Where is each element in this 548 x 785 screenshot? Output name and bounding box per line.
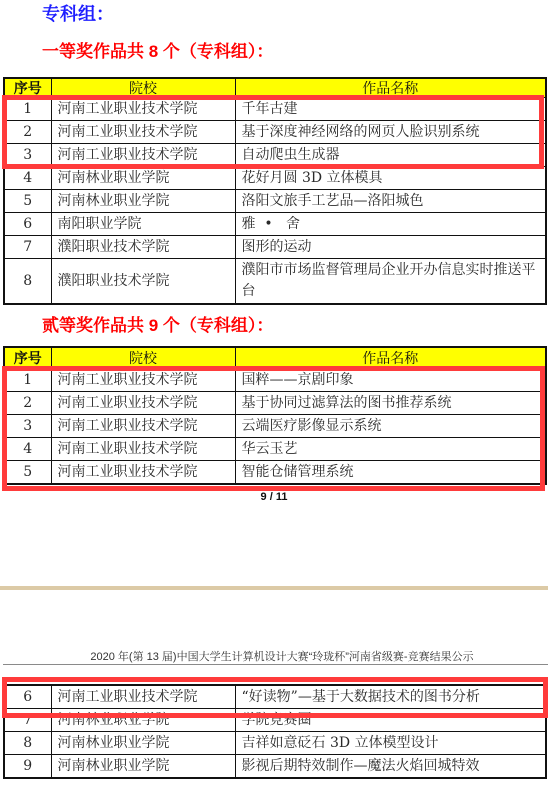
row-school: 河南工业职业技术学院	[51, 98, 235, 121]
row-number: 1	[4, 98, 51, 121]
row-number: 4	[4, 167, 51, 190]
row-number: 2	[4, 121, 51, 144]
page-header: 2020 年(第 13 届)中国大学生计算机设计大赛“玲珑杯”河南省级赛-竞赛结…	[0, 648, 548, 664]
row-work: 智能仓储管理系统	[235, 461, 546, 485]
row-school: 河南林业职业学院	[51, 755, 235, 779]
row-work: 图形的运动	[235, 236, 546, 259]
row-school: 河南工业职业技术学院	[51, 438, 235, 461]
group-title: 专科组：	[42, 3, 114, 25]
row-work: 基于深度神经网络的网页人脸识别系统	[235, 121, 546, 144]
table-row: 7 河南林业职业学院 学院竞赛圈	[4, 709, 546, 732]
row-school: 南阳职业学院	[51, 213, 235, 236]
table-row: 7 濮阳职业技术学院 图形的运动	[4, 236, 546, 259]
second-prize-table: 序号 院校 作品名称 1 河南工业职业技术学院 国粹——京剧印象 2 河南工业职…	[3, 346, 547, 485]
table-row: 8 河南林业职业学院 吉祥如意砭石 3D 立体模型设计	[4, 732, 546, 755]
row-school: 河南工业职业技术学院	[51, 685, 235, 709]
row-work: 吉祥如意砭石 3D 立体模型设计	[235, 732, 546, 755]
row-number: 1	[4, 369, 51, 392]
column-header-work: 作品名称	[235, 78, 546, 98]
column-header-number: 序号	[4, 78, 51, 98]
row-work: 基于协同过滤算法的图书推荐系统	[235, 392, 546, 415]
table-row: 8 濮阳职业技术学院 濮阳市市场监督管理局企业开办信息实时推送平台	[4, 259, 546, 305]
row-number: 5	[4, 461, 51, 485]
row-school: 河南林业职业学院	[51, 732, 235, 755]
table-row: 2 河南工业职业技术学院 基于协同过滤算法的图书推荐系统	[4, 392, 546, 415]
row-number: 3	[4, 144, 51, 167]
table-row: 6 南阳职业学院 雅 • 舍	[4, 213, 546, 236]
column-header-school: 院校	[51, 78, 235, 98]
row-work: 洛阳文旅手工艺品—洛阳城色	[235, 190, 546, 213]
row-number: 2	[4, 392, 51, 415]
table-row: 6 河南工业职业技术学院 “好读物”—基于大数据技术的图书分析	[4, 685, 546, 709]
row-work: 云端医疗影像显示系统	[235, 415, 546, 438]
row-school: 河南林业职业学院	[51, 167, 235, 190]
row-number: 8	[4, 732, 51, 755]
second-prize-table-continued: 6 河南工业职业技术学院 “好读物”—基于大数据技术的图书分析 7 河南林业职业…	[3, 684, 547, 779]
table-row: 5 河南林业职业学院 洛阳文旅手工艺品—洛阳城色	[4, 190, 546, 213]
row-school: 河南工业职业技术学院	[51, 369, 235, 392]
table-row: 1 河南工业职业技术学院 国粹——京剧印象	[4, 369, 546, 392]
row-work: 千年古建	[235, 98, 546, 121]
table-header-row: 序号 院校 作品名称	[4, 347, 546, 369]
column-header-school: 院校	[51, 347, 235, 369]
row-school: 河南林业职业学院	[51, 709, 235, 732]
first-prize-heading: 一等奖作品共 8 个（专科组）：	[42, 41, 273, 63]
page-number: 9 / 11	[0, 491, 548, 503]
row-work: 花好月圆 3D 立体模具	[235, 167, 546, 190]
table-row: 2 河南工业职业技术学院 基于深度神经网络的网页人脸识别系统	[4, 121, 546, 144]
row-school: 濮阳职业技术学院	[51, 259, 235, 305]
row-work: 华云玉艺	[235, 438, 546, 461]
column-header-work: 作品名称	[235, 347, 546, 369]
row-number: 4	[4, 438, 51, 461]
row-school: 河南林业职业学院	[51, 190, 235, 213]
row-work: 影视后期特效制作—魔法火焰回城特效	[235, 755, 546, 779]
row-work: 国粹——京剧印象	[235, 369, 546, 392]
row-school: 河南工业职业技术学院	[51, 415, 235, 438]
row-number: 5	[4, 190, 51, 213]
table-row: 3 河南工业职业技术学院 云端医疗影像显示系统	[4, 415, 546, 438]
first-prize-table: 序号 院校 作品名称 1 河南工业职业技术学院 千年古建 2 河南工业职业技术学…	[3, 77, 547, 305]
second-prize-heading: 贰等奖作品共 9 个（专科组）：	[42, 315, 273, 337]
row-work: 濮阳市市场监督管理局企业开办信息实时推送平台	[235, 259, 546, 305]
row-number: 8	[4, 259, 51, 305]
row-school: 河南工业职业技术学院	[51, 461, 235, 485]
table-row: 9 河南林业职业学院 影视后期特效制作—魔法火焰回城特效	[4, 755, 546, 779]
table-row: 4 河南林业职业学院 花好月圆 3D 立体模具	[4, 167, 546, 190]
row-number: 3	[4, 415, 51, 438]
row-work: 自动爬虫生成器	[235, 144, 546, 167]
row-number: 7	[4, 236, 51, 259]
row-number: 6	[4, 685, 51, 709]
row-number: 9	[4, 755, 51, 779]
table-row: 5 河南工业职业技术学院 智能仓储管理系统	[4, 461, 546, 485]
row-school: 河南工业职业技术学院	[51, 121, 235, 144]
row-number: 6	[4, 213, 51, 236]
row-work: 雅 • 舍	[235, 213, 546, 236]
page-separator	[0, 586, 548, 590]
row-number: 7	[4, 709, 51, 732]
row-work: 学院竞赛圈	[235, 709, 546, 732]
row-school: 濮阳职业技术学院	[51, 236, 235, 259]
row-school: 河南工业职业技术学院	[51, 144, 235, 167]
table-header-row: 序号 院校 作品名称	[4, 78, 546, 98]
table-row: 3 河南工业职业技术学院 自动爬虫生成器	[4, 144, 546, 167]
page-header-divider	[3, 664, 548, 665]
column-header-number: 序号	[4, 347, 51, 369]
table-row: 4 河南工业职业技术学院 华云玉艺	[4, 438, 546, 461]
row-work: “好读物”—基于大数据技术的图书分析	[235, 685, 546, 709]
row-school: 河南工业职业技术学院	[51, 392, 235, 415]
table-row: 1 河南工业职业技术学院 千年古建	[4, 98, 546, 121]
